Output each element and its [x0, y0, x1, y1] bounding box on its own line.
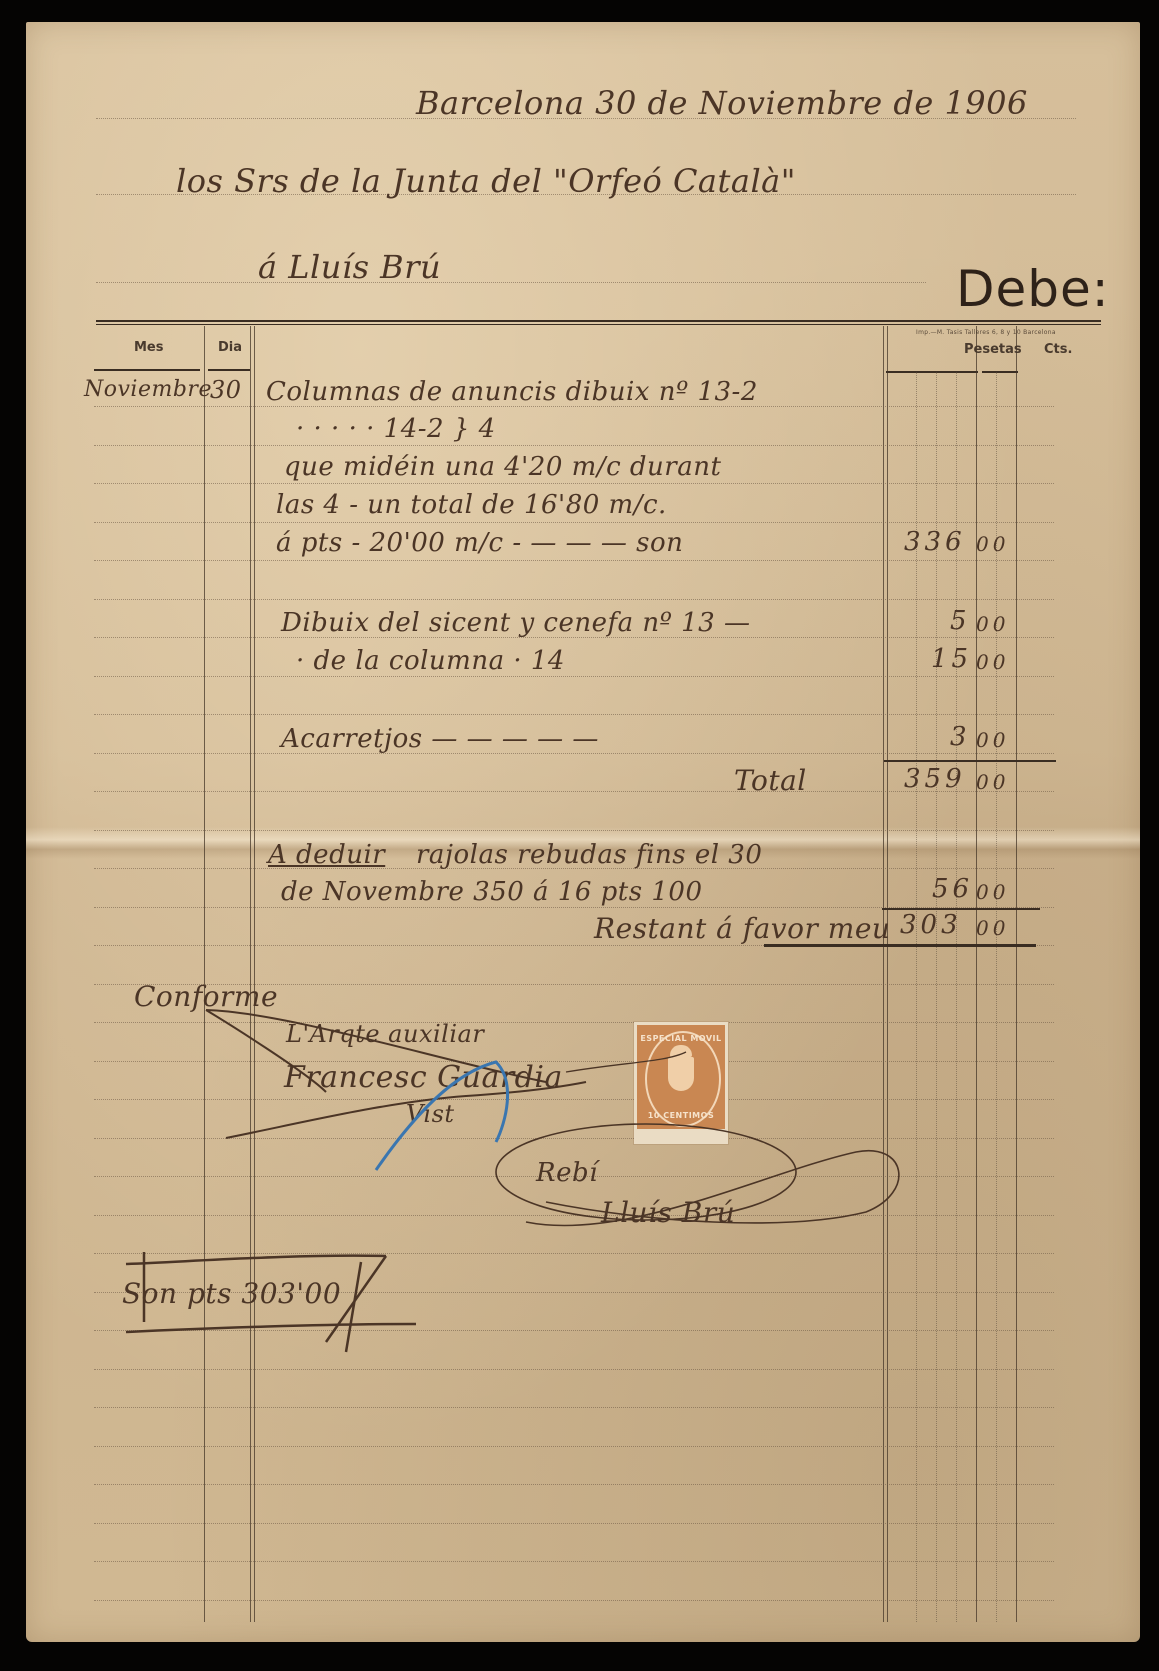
- blue-pencil-mark: [376, 1062, 508, 1170]
- invoice-paper: Barcelona 30 de Noviembre de 1906 los Sr…: [26, 22, 1140, 1642]
- receipt-flourish: [496, 1124, 899, 1226]
- signature-flourish: [206, 1010, 686, 1138]
- payment-note-box: [126, 1252, 416, 1352]
- handwritten-flourishes: [26, 22, 1140, 1642]
